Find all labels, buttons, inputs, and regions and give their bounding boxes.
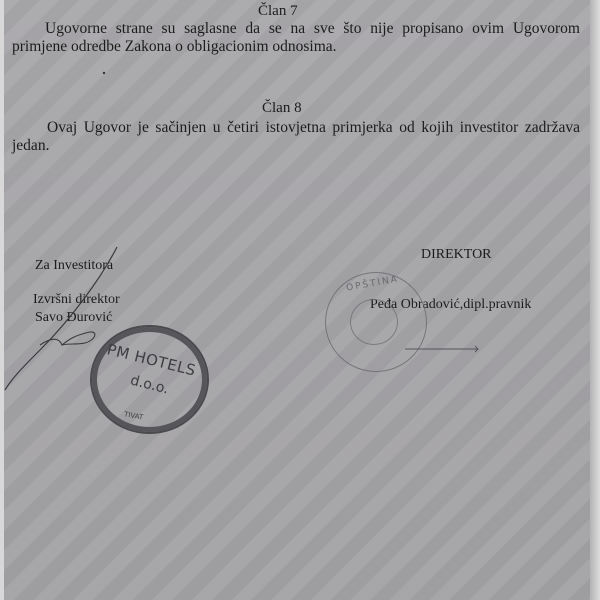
document-page: Član 7 Ugovorne strane su saglasne da se… xyxy=(0,0,600,600)
investor-signature-loop xyxy=(40,332,95,345)
speck xyxy=(103,72,105,74)
director-signature-stroke xyxy=(405,346,478,352)
signature-strokes xyxy=(0,0,600,600)
investor-signature-line xyxy=(5,247,117,390)
